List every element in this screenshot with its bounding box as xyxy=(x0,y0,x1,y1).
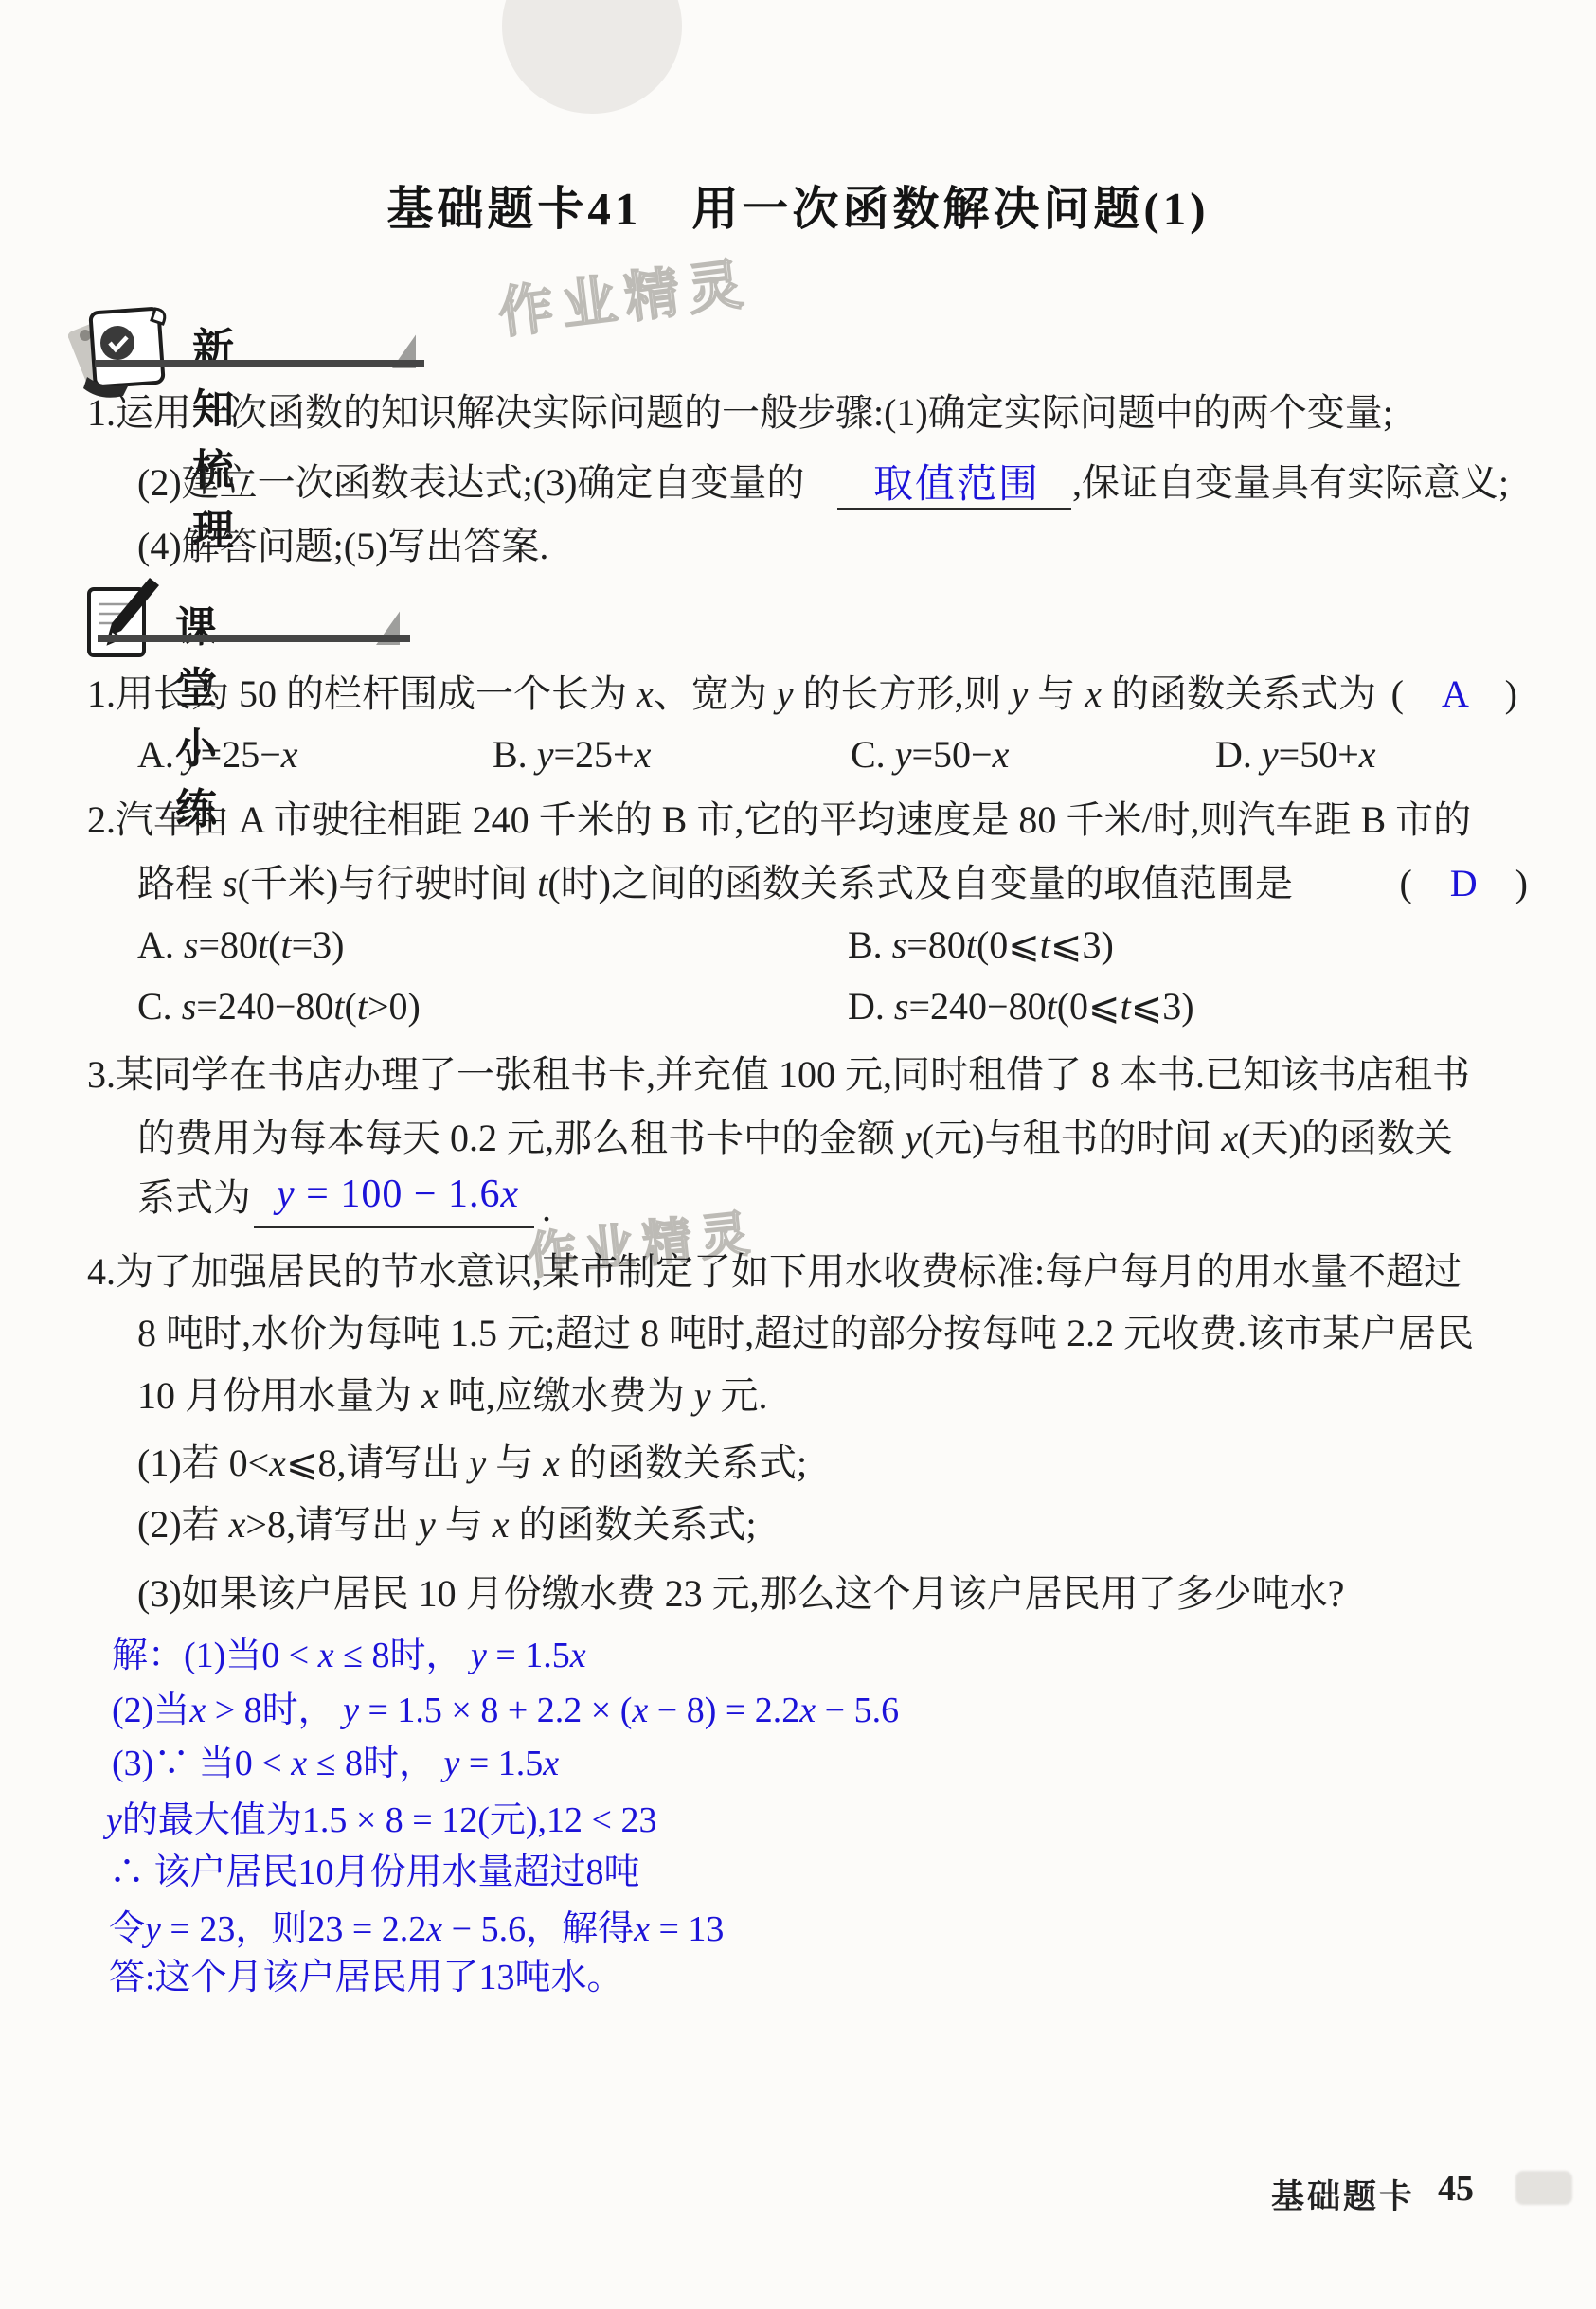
question-1-answer: ( A ) xyxy=(1391,671,1517,717)
solution-line-1: 解：(1)当0 < x ≤ 8时， y = 1.5x xyxy=(112,1634,586,1677)
question-3-answer-formula: y = 100 − 1.6x xyxy=(277,1172,519,1217)
question-4-line-1: 4.为了加强居民的节水意识,某市制定了如下用水收费标准:每户每月的用水量不超过 xyxy=(87,1249,1462,1295)
scan-smudge-footer xyxy=(1515,2171,1572,2205)
question-3-line-3: 系式为 xyxy=(137,1175,251,1221)
q2-option-d: D. s=240−80t(0⩽t⩽3) xyxy=(848,984,1194,1029)
footer-page-number: 45 xyxy=(1438,2168,1474,2210)
answer-blank-underline xyxy=(837,508,1071,510)
review-line-1: 1.运用一次函数的知识解决实际问题的一般步骤:(1)确定实际问题中的两个变量; xyxy=(87,390,1393,436)
answer-blank-underline xyxy=(254,1226,534,1228)
question-2-answer: ( D ) xyxy=(1399,861,1528,906)
watermark: 作业精灵 xyxy=(493,239,755,349)
q2-option-b: B. s=80t(0⩽t⩽3) xyxy=(848,922,1114,968)
fill-blank-answer: 取值范围 xyxy=(873,453,1040,510)
question-4-line-3: 10 月份用水量为 x 吨,应缴水费为 y 元. xyxy=(137,1373,768,1419)
q2-option-c: C. s=240−80t(t>0) xyxy=(137,984,421,1029)
question-1: 1.用长为 50 的栏杆围成一个长为 x、宽为 y 的长方形,则 y 与 x 的… xyxy=(87,671,1517,717)
review-section-title: 新知梳理 xyxy=(192,314,238,557)
question-2-line-2: 路程 s(千米)与行驶时间 t(时)之间的函数关系式及自变量的取值范围是 ( D… xyxy=(137,861,1528,906)
question-2-text: 路程 s(千米)与行驶时间 t(时)之间的函数关系式及自变量的取值范围是 xyxy=(137,861,1293,906)
solution-line-3: (3)∵ 当0 < x ≤ 8时， y = 1.5x xyxy=(112,1742,559,1785)
solution-line-4: y的最大值为1.5 × 8 = 12(元),12 < 23 xyxy=(106,1799,656,1842)
solution-line-7: 答:这个月该户居民用了13吨水。 xyxy=(109,1956,623,1999)
footer-book-label: 基础题卡 xyxy=(1271,2171,1415,2218)
q1-option-d: D. y=50+x xyxy=(1215,732,1376,778)
q1-option-b: B. y=25+x xyxy=(493,732,651,778)
question-2-line-1: 2.汽车由 A 市驶往相距 240 千米的 B 市,它的平均速度是 80 千米/… xyxy=(87,797,1471,843)
q1-option-c: C. y=50−x xyxy=(851,732,1009,778)
question-4-part-1: (1)若 0<x⩽8,请写出 y 与 x 的函数关系式; xyxy=(137,1441,807,1486)
review-line-2a: (2)建立一次函数表达式;(3)确定自变量的 xyxy=(137,460,804,506)
q2-option-a: A. s=80t(t=3) xyxy=(137,922,345,968)
review-line-2b: ,保证自变量具有实际意义; xyxy=(1072,460,1509,506)
question-4-part-3: (3)如果该户居民 10 月份缴水费 23 元,那么这个月该户居民用了多少吨水? xyxy=(137,1571,1344,1617)
question-1-text: 1.用长为 50 的栏杆围成一个长为 x、宽为 y 的长方形,则 y 与 x 的… xyxy=(87,671,1376,717)
notepad-pencil-icon xyxy=(83,576,169,668)
q1-option-a: A. y=25−x xyxy=(137,732,298,778)
solution-line-6: 令y = 23，则23 = 2.2x − 5.6，解得x = 13 xyxy=(109,1907,724,1951)
solution-line-2: (2)当x > 8时， y = 1.5 × 8 + 2.2 × (x − 8) … xyxy=(112,1689,899,1732)
question-3-line-1: 3.某同学在书店办理了一张租书卡,并充值 100 元,同时租借了 8 本书.已知… xyxy=(87,1052,1470,1098)
section-underline xyxy=(95,360,424,367)
solution-line-5: ∴ 该户居民10月份用水量超过8吨 xyxy=(109,1851,640,1894)
question-3-line-2: 的费用为每本每天 0.2 元,那么租书卡中的金额 y(元)与租书的时间 x(天)… xyxy=(137,1116,1453,1161)
scan-smudge-top xyxy=(502,0,682,114)
review-line-3: (4)解答问题;(5)写出答案. xyxy=(137,524,548,569)
page-title: 基础题卡41 用一次函数解决问题(1) xyxy=(0,172,1596,239)
card-check-icon xyxy=(68,303,180,403)
question-4-line-2: 8 吨时,水价为每吨 1.5 元;超过 8 吨时,超过的部分按每吨 2.2 元收… xyxy=(137,1311,1474,1356)
section-underline xyxy=(98,635,410,642)
question-4-part-2: (2)若 x>8,请写出 y 与 x 的函数关系式; xyxy=(137,1502,757,1548)
